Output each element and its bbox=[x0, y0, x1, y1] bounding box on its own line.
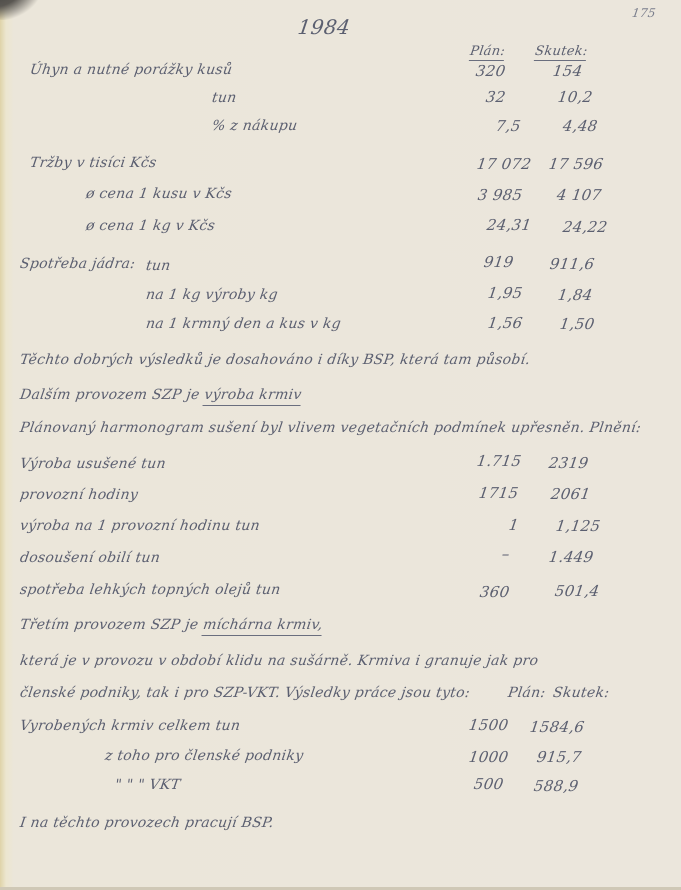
mortality-tons-actual: 10,2 bbox=[557, 88, 594, 106]
grain-drying-plan: – bbox=[501, 545, 511, 563]
mixed-total-label: Vyrobených krmiv celkem tun bbox=[19, 718, 241, 734]
mortality-label: Úhyn a nutné porážky kusů bbox=[29, 62, 233, 78]
mortality-pcs-plan: 320 bbox=[475, 62, 507, 80]
feed-per-day-plan: 1,56 bbox=[487, 314, 524, 332]
mixed-plan-header: Plán: bbox=[507, 685, 547, 701]
mortality-pct-actual: 4,48 bbox=[562, 117, 599, 135]
paragraph-results-intro: členské podniky, tak i pro SZP-VKT. Výsl… bbox=[19, 685, 471, 701]
mortality-tons-label: tun bbox=[211, 90, 238, 106]
avg-price-kg-plan: 24,31 bbox=[486, 216, 533, 234]
revenue-plan: 17 072 bbox=[476, 155, 533, 173]
paragraph-bsp-results: Těchto dobrých výsledků je dosahováno i … bbox=[19, 352, 531, 368]
grain-drying-label: dosoušení obilí tun bbox=[19, 550, 161, 566]
page-number: 175 bbox=[631, 6, 657, 20]
mixed-total-actual: 1584,6 bbox=[529, 718, 586, 736]
mixed-vkt-plan: 500 bbox=[473, 775, 505, 793]
feed-label: Spotřeba jádra: bbox=[19, 256, 136, 272]
feed-tons-plan: 919 bbox=[483, 253, 515, 271]
paragraph-drying-schedule: Plánovaný harmonogram sušení byl vlivem … bbox=[19, 420, 642, 436]
mixed-members-label: z toho pro členské podniky bbox=[104, 748, 305, 764]
mortality-tons-plan: 32 bbox=[485, 88, 507, 106]
mixed-total-plan: 1500 bbox=[468, 716, 510, 734]
avg-price-piece-plan: 3 985 bbox=[477, 186, 524, 204]
feed-per-day-actual: 1,50 bbox=[559, 315, 596, 333]
fodder-dried-actual: 2319 bbox=[548, 454, 590, 472]
mixed-members-actual: 915,7 bbox=[536, 748, 583, 766]
second-operation-text: Dalším provozem SZP je bbox=[19, 387, 201, 403]
feed-per-kg-actual: 1,84 bbox=[557, 286, 594, 304]
mixed-actual-header: Skutek: bbox=[552, 685, 611, 701]
page-corner-shadow bbox=[0, 0, 40, 20]
third-operation-text: Třetím provozem SZP je bbox=[19, 617, 200, 633]
revenue-label: Tržby v tisíci Kčs bbox=[29, 155, 158, 171]
feed-per-kg-label: na 1 kg výroby kg bbox=[145, 287, 279, 303]
mortality-pcs-actual: 154 bbox=[552, 62, 584, 80]
output-per-hour-plan: 1 bbox=[508, 516, 520, 534]
plan-column-header: Plán: bbox=[469, 44, 506, 61]
feed-tons-actual: 911,6 bbox=[549, 255, 596, 273]
mortality-pct-plan: 7,5 bbox=[495, 117, 522, 135]
mixed-members-plan: 1000 bbox=[468, 748, 510, 766]
operating-hours-actual: 2061 bbox=[550, 485, 592, 503]
fodder-dried-label: Výroba usušené tun bbox=[19, 456, 167, 472]
mortality-pct-label: % z nákupu bbox=[211, 118, 299, 134]
paragraph-third-operation: Třetím provozem SZP je míchárna krmiv, bbox=[19, 617, 324, 633]
output-per-hour-actual: 1,125 bbox=[555, 517, 602, 535]
revenue-actual: 17 596 bbox=[548, 155, 605, 173]
paragraph-mixing-plant: která je v provozu v období klidu na suš… bbox=[19, 653, 540, 669]
paragraph-second-operation: Dalším provozem SZP je výroba krmiv bbox=[19, 387, 303, 403]
fuel-oil-actual: 501,4 bbox=[554, 582, 601, 600]
ledger-page: 175 1984 Plán: Skutek: Úhyn a nutné porá… bbox=[0, 0, 681, 890]
actual-column-header: Skutek: bbox=[534, 44, 589, 61]
fuel-oil-plan: 360 bbox=[479, 583, 511, 601]
feed-tons-label: tun bbox=[145, 258, 172, 274]
avg-price-kg-actual: 24,22 bbox=[562, 218, 609, 236]
avg-price-kg-label: ø cena 1 kg v Kčs bbox=[85, 218, 216, 234]
grain-drying-actual: 1.449 bbox=[548, 548, 595, 566]
avg-price-piece-actual: 4 107 bbox=[556, 186, 603, 204]
operating-hours-plan: 1715 bbox=[478, 484, 520, 502]
mixed-vkt-label: " " " VKT bbox=[114, 777, 182, 793]
feed-per-kg-plan: 1,95 bbox=[487, 284, 524, 302]
output-per-hour-label: výroba na 1 provozní hodinu tun bbox=[19, 518, 261, 534]
fuel-oil-label: spotřeba lehkých topných olejů tun bbox=[19, 582, 282, 598]
mixed-vkt-actual: 588,9 bbox=[533, 777, 580, 795]
feed-per-day-label: na 1 krmný den a kus v kg bbox=[145, 316, 342, 332]
avg-price-piece-label: ø cena 1 kusu v Kčs bbox=[85, 186, 233, 202]
fodder-dried-plan: 1.715 bbox=[476, 452, 523, 470]
year-heading: 1984 bbox=[296, 15, 351, 39]
operating-hours-label: provozní hodiny bbox=[19, 487, 139, 503]
closing-sentence: I na těchto provozech pracují BSP. bbox=[19, 815, 275, 831]
third-operation-underlined: míchárna krmiv, bbox=[202, 617, 324, 636]
second-operation-underlined: výroba krmiv bbox=[203, 387, 303, 406]
